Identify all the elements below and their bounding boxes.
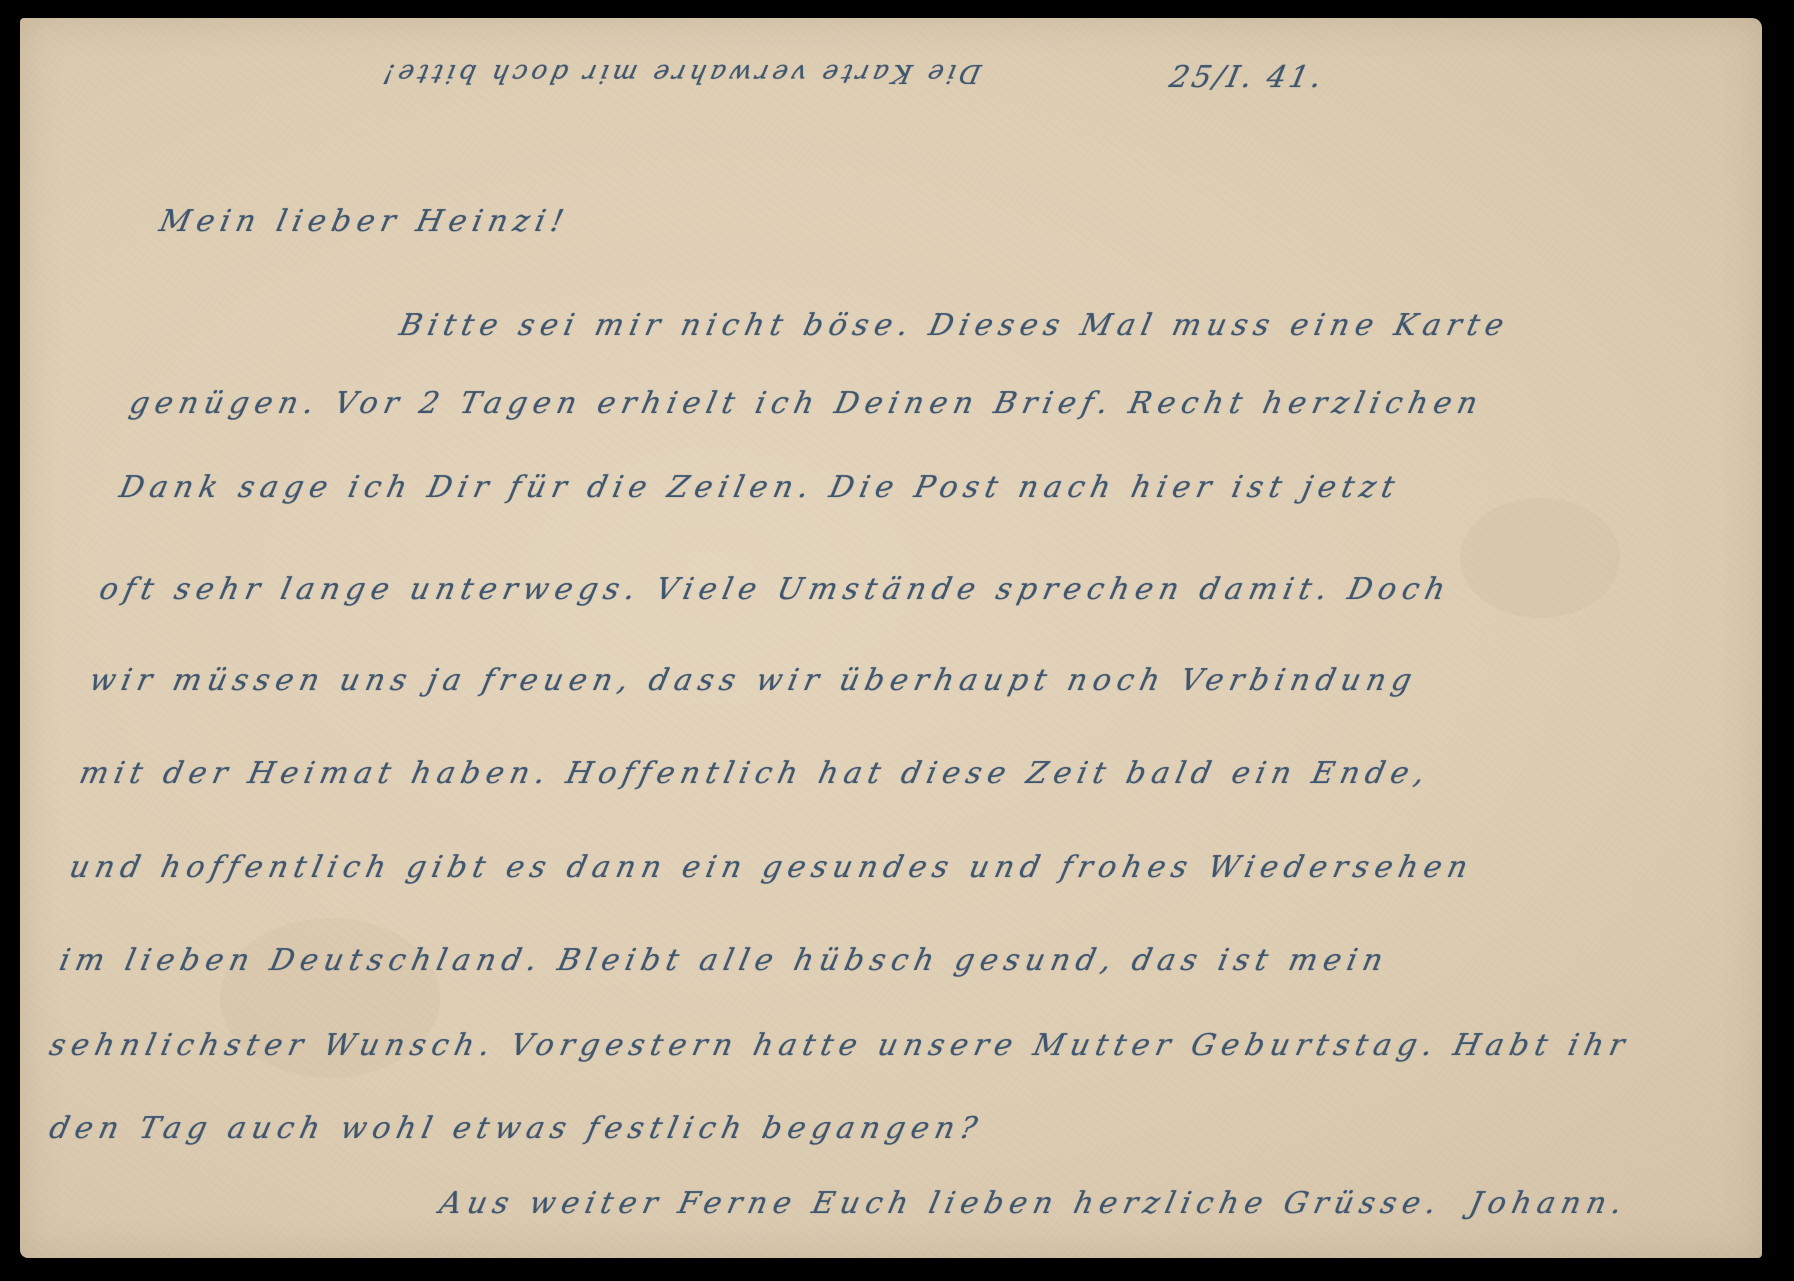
signature: Johann. <box>1466 1186 1631 1221</box>
body-line-10: den Tag auch wohl etwas festlich begange… <box>46 1111 986 1146</box>
upside-down-note: Die Karte verwahre mir doch bitte! <box>377 58 984 88</box>
letter-date: 25/I. 41. <box>1166 60 1327 95</box>
body-line-8: im lieben Deutschland. Bleibt alle hübsc… <box>56 943 1392 978</box>
body-line-5: wir müssen uns ja freuen, dass wir überh… <box>86 663 1420 698</box>
body-line-2: genügen. Vor 2 Tagen erhielt ich Deinen … <box>126 386 1486 421</box>
body-line-7: und hoffentlich gibt es dann ein gesunde… <box>66 850 1476 885</box>
postcard: Die Karte verwahre mir doch bitte! 25/I.… <box>20 18 1762 1258</box>
paper-stain <box>1460 498 1620 618</box>
salutation: Mein lieber Heinzi! <box>156 204 572 239</box>
body-line-6: mit der Heimat haben. Hoffentlich hat di… <box>76 756 1433 791</box>
body-line-9: sehnlichster Wunsch. Vorgestern hatte un… <box>46 1028 1633 1063</box>
body-line-3: Dank sage ich Dir für die Zeilen. Die Po… <box>116 470 1403 505</box>
body-line-1: Bitte sei mir nicht böse. Dieses Mal mus… <box>396 308 1513 343</box>
closing-line: Aus weiter Ferne Euch lieben herzliche G… <box>436 1186 1445 1221</box>
body-line-4: oft sehr lange unterwegs. Viele Umstände… <box>96 572 1454 607</box>
